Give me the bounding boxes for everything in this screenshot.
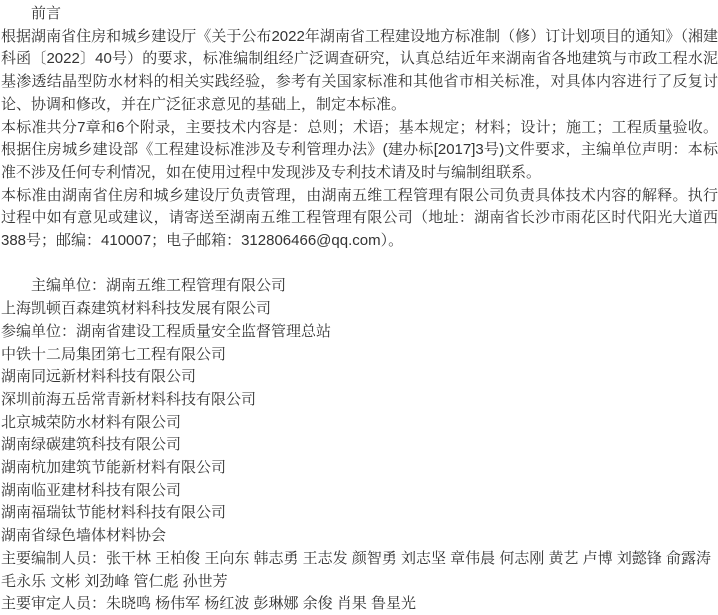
intro-paragraphs: 根据湖南省住房和城乡建设厅《关于公布2022年湖南省工程建设地方标准制（修）订计… xyxy=(1,26,718,253)
list-line: 湖南同远新材料科技有限公司 xyxy=(1,366,718,389)
list-line: 湖南福瑞钛节能材料科技有限公司 xyxy=(1,502,718,525)
page-title: 前言 xyxy=(1,3,718,26)
list-line: 湖南绿碳建筑科技有限公司 xyxy=(1,434,718,457)
list-line: 湖南杭加建筑节能新材料有限公司 xyxy=(1,457,718,480)
list-line: 北京城荣防水材料有限公司 xyxy=(1,412,718,435)
unit-and-personnel-list: 主编单位：湖南五维工程管理有限公司上海凯顿百森建筑材料科技发展有限公司参编单位：… xyxy=(1,275,718,615)
list-line: 深圳前海五岳常青新材料科技有限公司 xyxy=(1,389,718,412)
list-line: 主要编制人员：张干林 王柏俊 王向东 韩志勇 王志发 颜智勇 刘志坚 章伟晨 何… xyxy=(1,548,718,593)
list-line: 主要审定人员：朱晓鸣 杨伟军 杨红波 彭琳娜 余俊 肖果 鲁星光 xyxy=(1,593,718,615)
list-line: 湖南省绿色墙体材料协会 xyxy=(1,525,718,548)
paragraph: 本标准由湖南省住房和城乡建设厅负责管理，由湖南五维工程管理有限公司负责具体技术内… xyxy=(1,185,718,253)
paragraph: 根据湖南省住房和城乡建设厅《关于公布2022年湖南省工程建设地方标准制（修）订计… xyxy=(1,26,718,117)
list-line: 湖南临亚建材科技有限公司 xyxy=(1,480,718,503)
list-line: 上海凯顿百森建筑材料科技发展有限公司 xyxy=(1,298,718,321)
document-page: 前言 根据湖南省住房和城乡建设厅《关于公布2022年湖南省工程建设地方标准制（修… xyxy=(0,0,718,615)
list-line: 主编单位：湖南五维工程管理有限公司 xyxy=(1,275,718,298)
list-line: 中铁十二局集团第七工程有限公司 xyxy=(1,344,718,367)
list-line: 参编单位：湖南省建设工程质量安全监督管理总站 xyxy=(1,321,718,344)
paragraph: 本标准共分7章和6个附录，主要技术内容是：总则；术语；基本规定；材料；设计；施工… xyxy=(1,117,718,185)
